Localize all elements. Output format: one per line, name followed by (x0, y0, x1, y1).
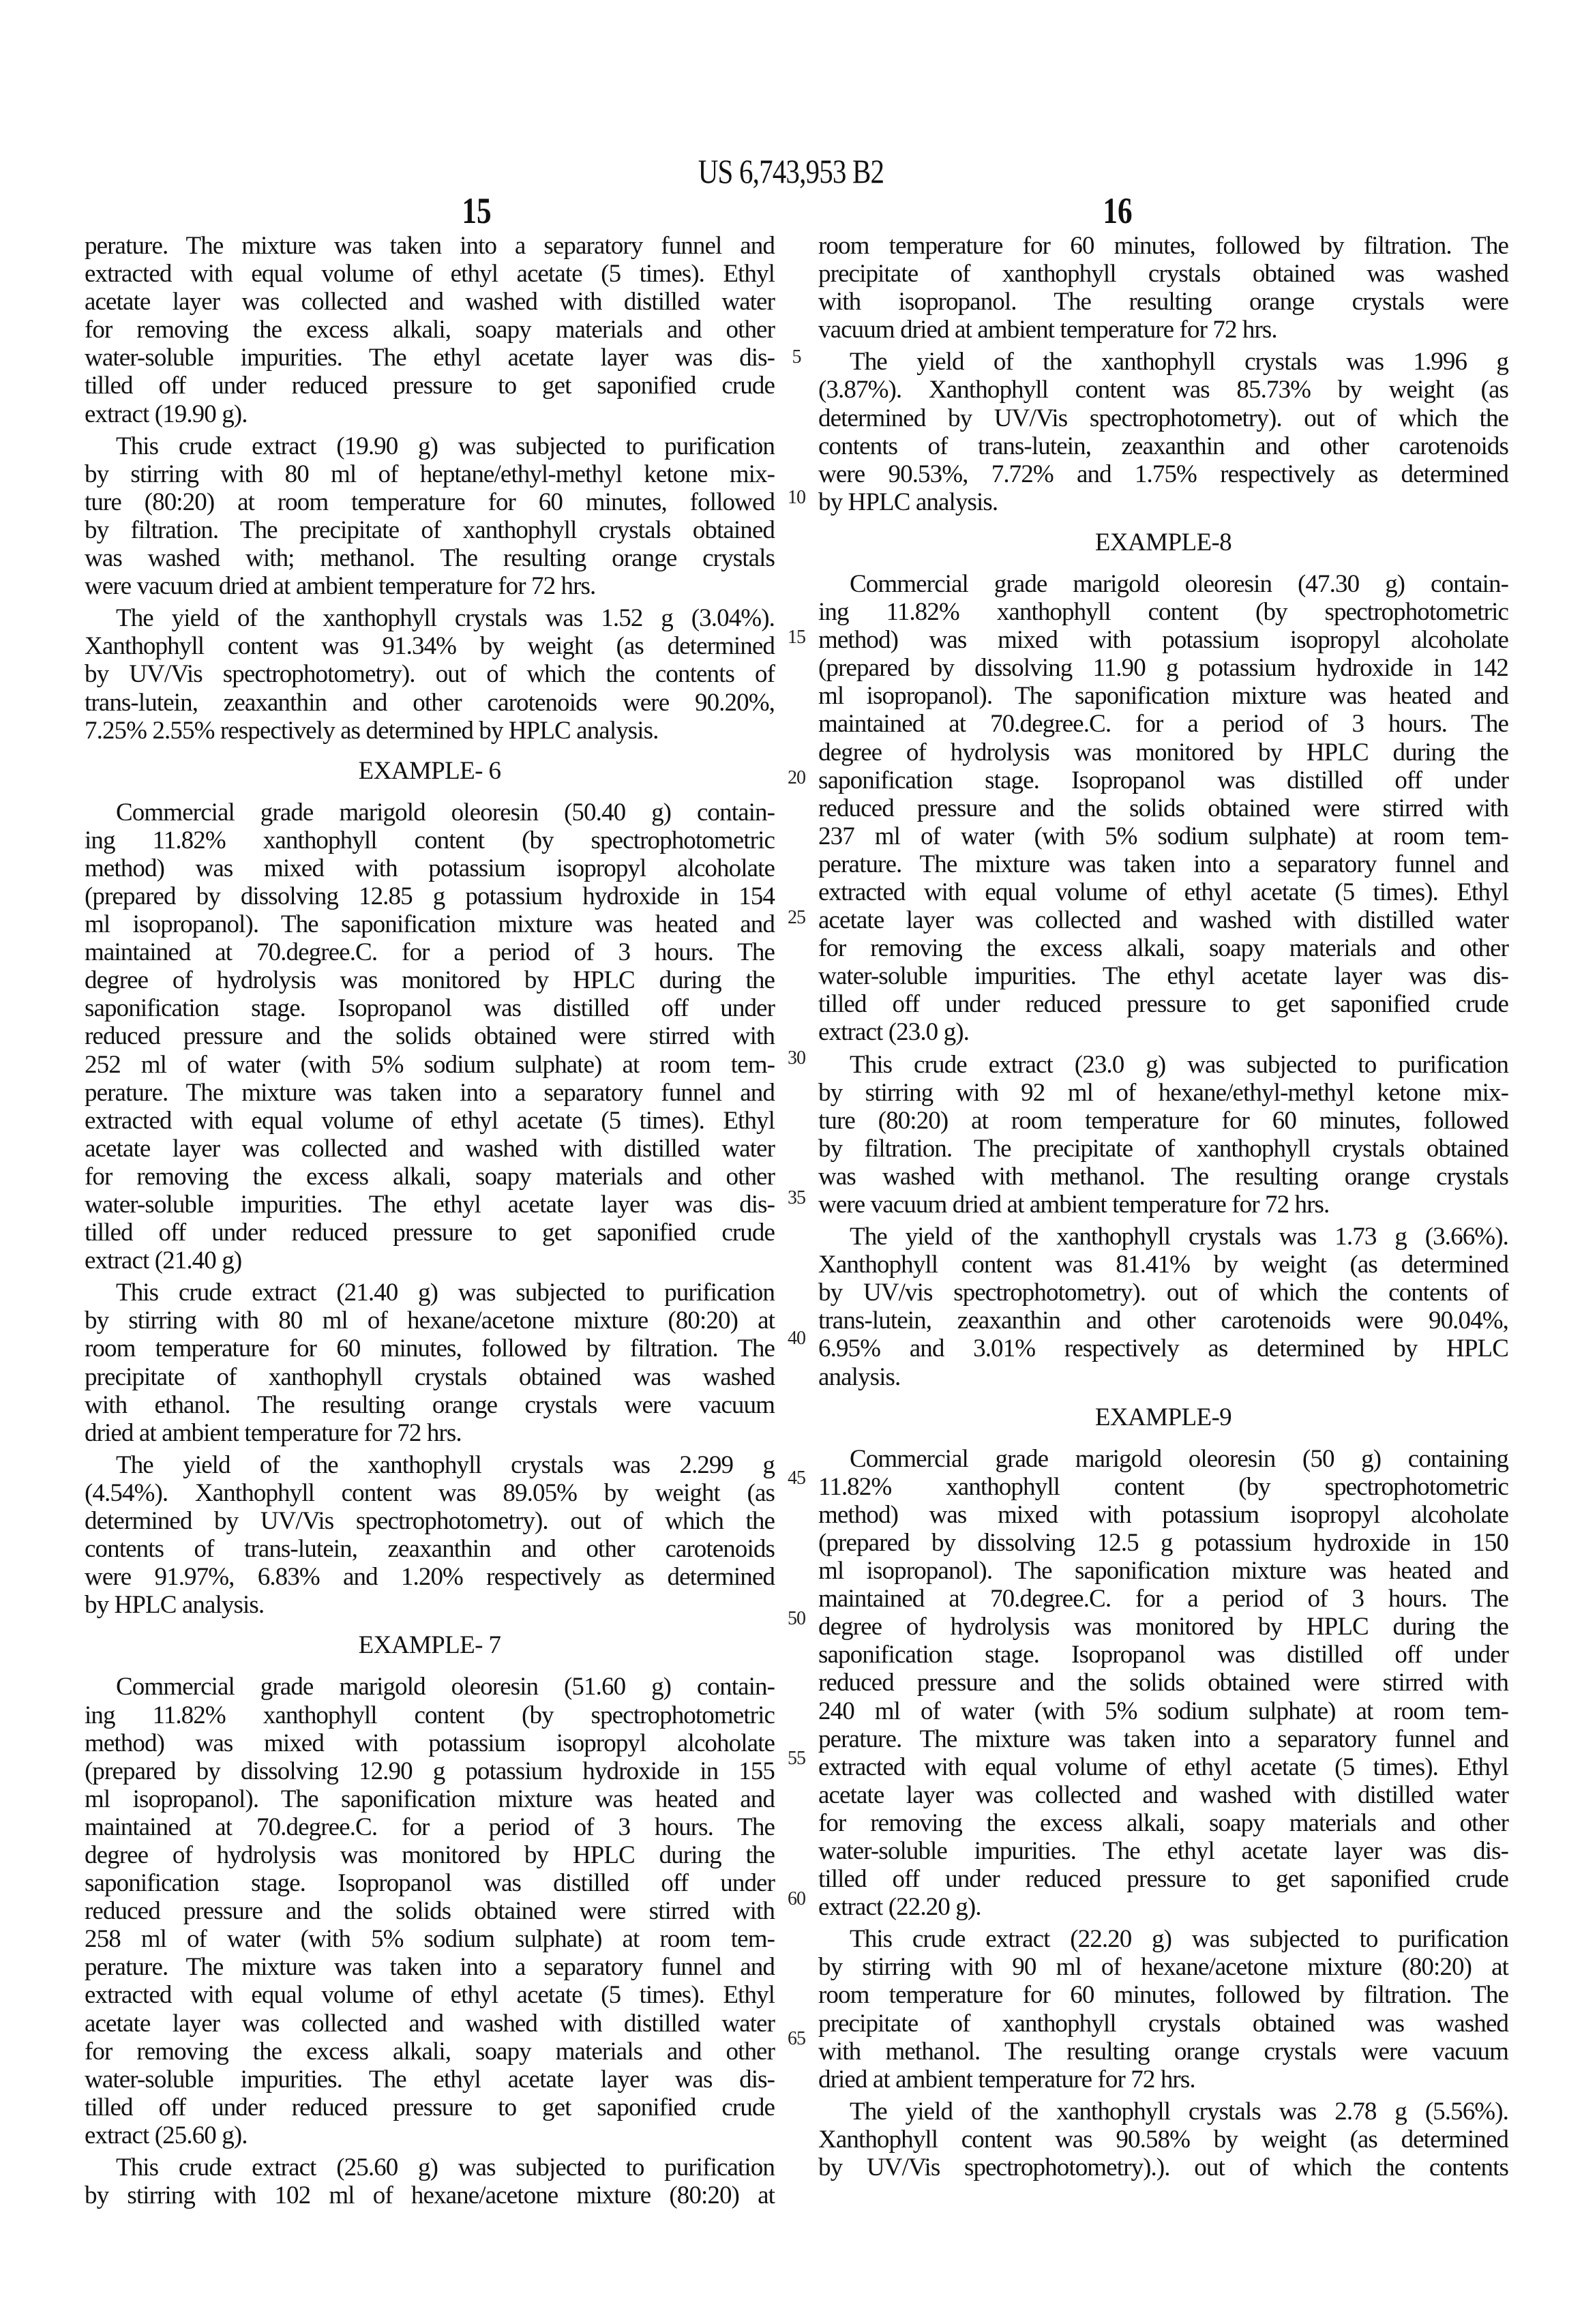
text-line: tilled off under reduced pressure to get… (85, 372, 775, 400)
text-line: by stirring with 90 ml of hexane/acetone… (818, 1953, 1508, 1981)
text-line: perature. The mixture was taken into a s… (85, 1953, 775, 1981)
text-line: acetate layer was collected and washed w… (85, 2010, 775, 2038)
paragraph: perature. The mixture was taken into a s… (85, 232, 775, 428)
line-number: 30 (783, 1047, 810, 1069)
text-line: for removing the excess alkali, soapy ma… (818, 1809, 1508, 1837)
text-line: analysis. (818, 1363, 1508, 1391)
text-line: extract (25.60 g). (85, 2121, 775, 2149)
paragraph: The yield of the xanthophyll crystals wa… (85, 1451, 775, 1620)
text-line: This crude extract (19.90 g) was subject… (85, 432, 775, 460)
left-text-column: perature. The mixture was taken into a s… (85, 232, 775, 2209)
line-number: 35 (783, 1187, 810, 1209)
text-line: degree of hydrolysis was monitored by HP… (818, 1613, 1508, 1641)
text-line: degree of hydrolysis was monitored by HP… (818, 739, 1508, 766)
text-line: water-soluble impurities. The ethyl acet… (818, 962, 1508, 990)
text-line: 11.82% xanthophyll content (by spectroph… (818, 1473, 1508, 1501)
text-line: saponification stage. Isopropanol was di… (818, 766, 1508, 794)
text-line: water-soluble impurities. The ethyl acet… (818, 1837, 1508, 1865)
text-line: by UV/Vis spectrophotometry). out of whi… (85, 660, 775, 688)
text-line: extract (19.90 g). (85, 400, 775, 428)
line-number: 40 (783, 1328, 810, 1350)
line-number: 50 (783, 1608, 810, 1630)
text-line: water-soluble impurities. The ethyl acet… (85, 2066, 775, 2094)
text-line: room temperature for 60 minutes, followe… (818, 1981, 1508, 2009)
text-line: ml isopropanol). The saponification mixt… (818, 1557, 1508, 1585)
line-number: 55 (783, 1748, 810, 1770)
text-line: 252 ml of water (with 5% sodium sulphate… (85, 1051, 775, 1079)
text-line: room temperature for 60 minutes, followe… (85, 1335, 775, 1362)
paragraph: room temperature for 60 minutes, followe… (818, 232, 1508, 344)
text-line: acetate layer was collected and washed w… (85, 288, 775, 316)
line-number: 20 (783, 767, 810, 789)
text-line: The yield of the xanthophyll crystals wa… (818, 348, 1508, 376)
text-line: method) was mixed with potassium isoprop… (818, 626, 1508, 654)
text-line: by UV/vis spectrophotometry). out of whi… (818, 1279, 1508, 1307)
text-line: with methanol. The resulting orange crys… (818, 2038, 1508, 2066)
line-number: 45 (783, 1468, 810, 1489)
text-line: Xanthophyll content was 81.41% by weight… (818, 1251, 1508, 1279)
text-line: This crude extract (22.20 g) was subject… (818, 1925, 1508, 1953)
paragraph: The yield of the xanthophyll crystals wa… (818, 1223, 1508, 1391)
paragraph: The yield of the xanthophyll crystals wa… (85, 604, 775, 744)
text-line: extracted with equal volume of ethyl ace… (818, 1753, 1508, 1781)
text-line: The yield of the xanthophyll crystals wa… (818, 1223, 1508, 1251)
text-line: precipitate of xanthophyll crystals obta… (818, 2010, 1508, 2038)
text-line: trans-lutein, zeaxanthin and other carot… (818, 1307, 1508, 1335)
text-line: 258 ml of water (with 5% sodium sulphate… (85, 1925, 775, 1953)
text-line: tilled off under reduced pressure to get… (818, 1865, 1508, 1893)
text-line: reduced pressure and the solids obtained… (818, 1669, 1508, 1697)
text-line: tilled off under reduced pressure to get… (85, 1219, 775, 1247)
text-line: for removing the excess alkali, soapy ma… (818, 934, 1508, 962)
text-line: maintained at 70.degree.C. for a period … (818, 1585, 1508, 1613)
text-line: contents of trans-lutein, zeaxanthin and… (85, 1535, 775, 1563)
line-number: 60 (783, 1888, 810, 1910)
example-heading: EXAMPLE-8 (818, 528, 1508, 556)
text-line: perature. The mixture was taken into a s… (85, 1079, 775, 1107)
text-line: degree of hydrolysis was monitored by HP… (85, 966, 775, 994)
text-line: by filtration. The precipitate of xantho… (85, 516, 775, 544)
text-line: reduced pressure and the solids obtained… (818, 794, 1508, 822)
text-line: ml isopropanol). The saponification mixt… (85, 910, 775, 938)
text-line: perature. The mixture was taken into a s… (85, 232, 775, 260)
text-line: determined by UV/Vis spectrophotometry).… (818, 404, 1508, 432)
text-line: (4.54%). Xanthophyll content was 89.05% … (85, 1479, 775, 1507)
text-line: (prepared by dissolving 12.90 g potassiu… (85, 1757, 775, 1785)
text-line: saponification stage. Isopropanol was di… (85, 994, 775, 1022)
text-line: The yield of the xanthophyll crystals wa… (818, 2098, 1508, 2126)
text-line: saponification stage. Isopropanol was di… (85, 1869, 775, 1897)
text-line: for removing the excess alkali, soapy ma… (85, 2038, 775, 2066)
text-line: extracted with equal volume of ethyl ace… (85, 260, 775, 288)
text-line: were vacuum dried at ambient temperature… (85, 572, 775, 600)
text-line: extracted with equal volume of ethyl ace… (818, 878, 1508, 906)
paragraph: This crude extract (21.40 g) was subject… (85, 1279, 775, 1447)
text-line: method) was mixed with potassium isoprop… (85, 1729, 775, 1757)
text-line: ture (80:20) at room temperature for 60 … (85, 488, 775, 516)
example-heading: EXAMPLE- 7 (85, 1631, 775, 1659)
text-line: Commercial grade marigold oleoresin (50.… (85, 799, 775, 826)
paragraph: Commercial grade marigold oleoresin (51.… (85, 1673, 775, 2149)
text-line: by UV/Vis spectrophotometry).). out of w… (818, 2154, 1508, 2181)
text-line: for removing the excess alkali, soapy ma… (85, 316, 775, 344)
text-line: This crude extract (21.40 g) was subject… (85, 1279, 775, 1307)
text-line: by stirring with 80 ml of heptane/ethyl-… (85, 460, 775, 488)
right-text-column: room temperature for 60 minutes, followe… (818, 232, 1508, 2181)
text-line: extracted with equal volume of ethyl ace… (85, 1981, 775, 2009)
text-line: extract (23.0 g). (818, 1018, 1508, 1046)
text-line: perature. The mixture was taken into a s… (818, 1725, 1508, 1753)
paragraph: The yield of the xanthophyll crystals wa… (818, 2098, 1508, 2181)
text-line: were 91.97%, 6.83% and 1.20% respectivel… (85, 1563, 775, 1591)
paragraph: Commercial grade marigold oleoresin (50.… (85, 799, 775, 1275)
text-line: ml isopropanol). The saponification mixt… (85, 1785, 775, 1813)
text-line: maintained at 70.degree.C. for a period … (85, 1813, 775, 1841)
text-line: by HPLC analysis. (85, 1591, 775, 1619)
text-line: was washed with; methanol. The resulting… (85, 544, 775, 572)
example-heading: EXAMPLE- 6 (85, 757, 775, 785)
paragraph: This crude extract (23.0 g) was subjecte… (818, 1051, 1508, 1219)
text-line: saponification stage. Isopropanol was di… (818, 1641, 1508, 1669)
text-line: The yield of the xanthophyll crystals wa… (85, 1451, 775, 1479)
text-line: acetate layer was collected and washed w… (818, 1781, 1508, 1809)
text-line: extract (21.40 g) (85, 1247, 775, 1275)
text-line: (prepared by dissolving 12.5 g potassium… (818, 1529, 1508, 1557)
text-line: (prepared by dissolving 11.90 g potassiu… (818, 654, 1508, 682)
text-line: perature. The mixture was taken into a s… (818, 850, 1508, 878)
column-number-right: 16 (1103, 190, 1132, 232)
text-line: extracted with equal volume of ethyl ace… (85, 1107, 775, 1135)
text-line: were 90.53%, 7.72% and 1.75% respectivel… (818, 460, 1508, 488)
text-line: by stirring with 102 ml of hexane/aceton… (85, 2181, 775, 2209)
paragraph: This crude extract (22.20 g) was subject… (818, 1925, 1508, 2094)
text-line: Xanthophyll content was 91.34% by weight… (85, 632, 775, 660)
text-line: by stirring with 80 ml of hexane/acetone… (85, 1307, 775, 1335)
text-line: extract (22.20 g). (818, 1893, 1508, 1921)
text-line: ml isopropanol). The saponification mixt… (818, 682, 1508, 710)
paragraph: This crude extract (19.90 g) was subject… (85, 432, 775, 601)
paragraph: The yield of the xanthophyll crystals wa… (818, 348, 1508, 516)
patent-number-header: US 6,743,953 B2 (143, 151, 1439, 191)
column-number-left: 15 (462, 190, 491, 232)
text-line: room temperature for 60 minutes, followe… (818, 232, 1508, 260)
paragraph: Commercial grade marigold oleoresin (50 … (818, 1445, 1508, 1922)
paragraph: This crude extract (25.60 g) was subject… (85, 2154, 775, 2209)
text-line: for removing the excess alkali, soapy ma… (85, 1163, 775, 1191)
text-line: 7.25% 2.55% respectively as determined b… (85, 717, 775, 745)
text-line: method) was mixed with potassium isoprop… (85, 854, 775, 882)
text-line: Xanthophyll content was 90.58% by weight… (818, 2126, 1508, 2154)
text-line: by HPLC analysis. (818, 488, 1508, 516)
text-line: This crude extract (25.60 g) was subject… (85, 2154, 775, 2181)
text-line: 6.95% and 3.01% respectively as determin… (818, 1335, 1508, 1362)
text-line: by stirring with 92 ml of hexane/ethyl-m… (818, 1079, 1508, 1107)
text-line: Commercial grade marigold oleoresin (51.… (85, 1673, 775, 1701)
text-line: reduced pressure and the solids obtained… (85, 1897, 775, 1925)
text-line: dried at ambient temperature for 72 hrs. (818, 2066, 1508, 2094)
text-line: 240 ml of water (with 5% sodium sulphate… (818, 1697, 1508, 1725)
text-line: (3.87%). Xanthophyll content was 85.73% … (818, 376, 1508, 404)
text-line: precipitate of xanthophyll crystals obta… (818, 260, 1508, 288)
text-line: method) was mixed with potassium isoprop… (818, 1501, 1508, 1529)
text-line: water-soluble impurities. The ethyl acet… (85, 1191, 775, 1219)
line-number: 25 (783, 907, 810, 929)
text-line: were vacuum dried at ambient temperature… (818, 1191, 1508, 1219)
text-line: dried at ambient temperature for 72 hrs. (85, 1419, 775, 1447)
text-line: tilled off under reduced pressure to get… (818, 990, 1508, 1018)
text-line: determined by UV/Vis spectrophotometry).… (85, 1507, 775, 1535)
text-line: water-soluble impurities. The ethyl acet… (85, 344, 775, 372)
text-line: Commercial grade marigold oleoresin (47.… (818, 570, 1508, 598)
text-line: vacuum dried at ambient temperature for … (818, 316, 1508, 344)
text-line: 237 ml of water (with 5% sodium sulphate… (818, 822, 1508, 850)
text-line: ing 11.82% xanthophyll content (by spect… (818, 598, 1508, 626)
text-line: ture (80:20) at room temperature for 60 … (818, 1107, 1508, 1135)
text-line: acetate layer was collected and washed w… (818, 906, 1508, 934)
text-line: precipitate of xanthophyll crystals obta… (85, 1363, 775, 1391)
text-line: maintained at 70.degree.C. for a period … (85, 938, 775, 966)
text-line: maintained at 70.degree.C. for a period … (818, 710, 1508, 738)
text-line: acetate layer was collected and washed w… (85, 1135, 775, 1163)
paragraph: Commercial grade marigold oleoresin (47.… (818, 570, 1508, 1047)
text-line: trans-lutein, zeaxanthin and other carot… (85, 689, 775, 717)
text-line: ing 11.82% xanthophyll content (by spect… (85, 1701, 775, 1729)
text-line: Commercial grade marigold oleoresin (50 … (818, 1445, 1508, 1473)
text-line: contents of trans-lutein, zeaxanthin and… (818, 432, 1508, 460)
line-number: 5 (783, 346, 810, 368)
text-line: This crude extract (23.0 g) was subjecte… (818, 1051, 1508, 1079)
text-line: tilled off under reduced pressure to get… (85, 2094, 775, 2121)
text-line: ing 11.82% xanthophyll content (by spect… (85, 826, 775, 854)
text-line: degree of hydrolysis was monitored by HP… (85, 1841, 775, 1869)
text-line: The yield of the xanthophyll crystals wa… (85, 604, 775, 632)
text-line: (prepared by dissolving 12.85 g potassiu… (85, 882, 775, 910)
text-line: by filtration. The precipitate of xantho… (818, 1135, 1508, 1163)
text-line: reduced pressure and the solids obtained… (85, 1022, 775, 1050)
example-heading: EXAMPLE-9 (818, 1403, 1508, 1431)
text-line: with ethanol. The resulting orange cryst… (85, 1391, 775, 1419)
line-number: 15 (783, 627, 810, 649)
line-number: 10 (783, 487, 810, 509)
line-number: 65 (783, 2028, 810, 2050)
text-line: was washed with methanol. The resulting … (818, 1163, 1508, 1191)
text-line: with isopropanol. The resulting orange c… (818, 288, 1508, 316)
